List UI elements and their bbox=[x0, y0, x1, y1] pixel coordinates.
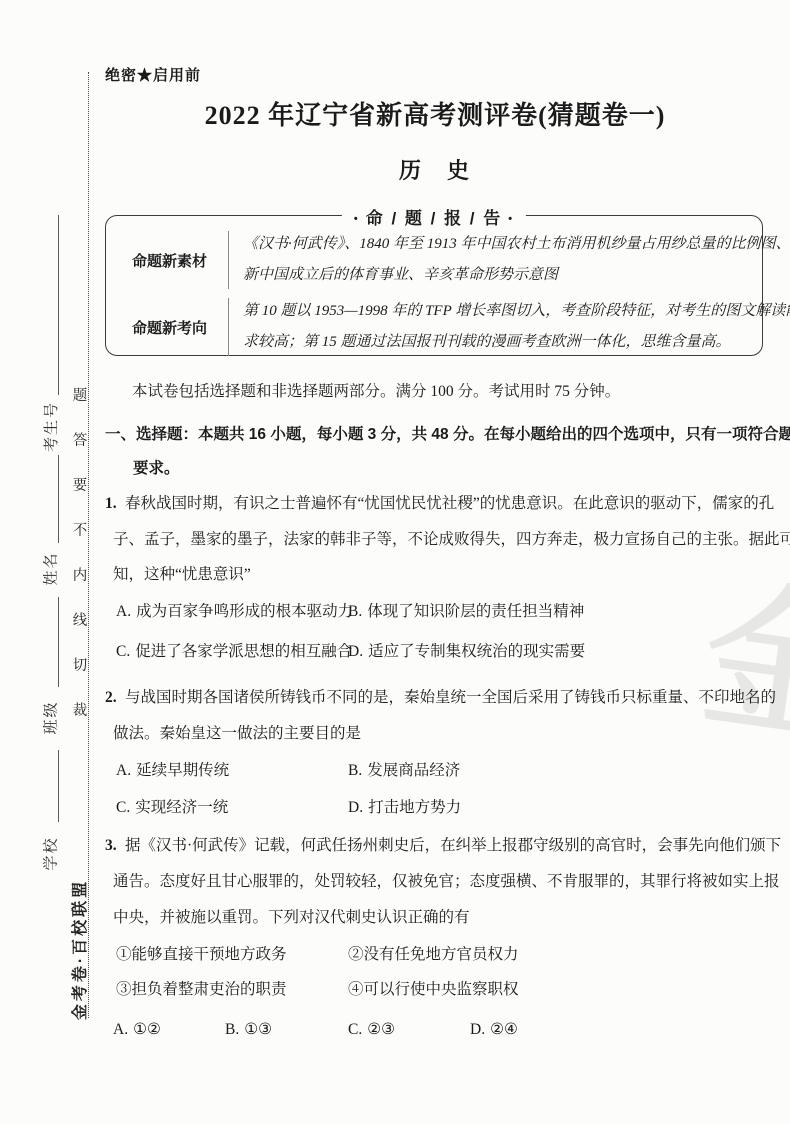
school-label: 学校 bbox=[40, 836, 61, 870]
candidate-number-blank-line bbox=[58, 215, 59, 395]
option-label: B. bbox=[348, 762, 362, 779]
class-label: 班级 bbox=[40, 700, 61, 734]
option-label: B. bbox=[348, 603, 362, 620]
report-content-line: 新中国成立后的体育事业、辛亥革命形势示意图 bbox=[243, 260, 790, 291]
answer-c: C.②③ bbox=[348, 1012, 395, 1047]
question-1-options: A.成为百家争鸣形成的根本驱动力 B.体现了知识阶层的责任担当精神 C.促进了各… bbox=[105, 592, 785, 672]
answer-a: A.①② bbox=[113, 1012, 161, 1047]
report-box-header: •命 / 题 / 报 / 告• bbox=[342, 204, 526, 229]
option-label: B. bbox=[225, 1021, 239, 1038]
cut-line-char: 题 bbox=[70, 374, 90, 419]
option-text: ②③ bbox=[367, 1021, 395, 1038]
question-stem-line: 子、孟子，墨家的墨子，法家的韩非子等，不论成败得失，四方奔走，极力宣扬自己的主张… bbox=[105, 522, 785, 558]
option-text: 体现了知识阶层的责任担当精神 bbox=[367, 603, 584, 620]
question-2-options: A.延续早期传统 B.发展商品经济 C.实现经济一统 D.打击地方势力 bbox=[105, 752, 785, 826]
option-text: ①③ bbox=[244, 1021, 272, 1038]
option-row: C.实现经济一统 D.打击地方势力 bbox=[105, 789, 785, 826]
question-stem-line: 3.据《汉书·何武传》记载，何武任扬州刺史后，在纠举上报郡守级别的高官时，会事先… bbox=[105, 828, 785, 864]
option-label: D. bbox=[470, 1021, 485, 1038]
option-c: C.实现经济一统 bbox=[105, 799, 228, 816]
option-text: 实现经济一统 bbox=[135, 799, 228, 816]
report-row-label: 命题新素材 bbox=[132, 250, 224, 271]
question-stem-text: 与战国时期各国诸侯所铸钱币不同的是，秦始皇统一全国后采用了铸钱币只标重量、不印地… bbox=[125, 689, 776, 706]
secrecy-label: 绝密★启用前 bbox=[105, 64, 201, 85]
question-stem-line: 做法。秦始皇这一做法的主要目的是 bbox=[105, 716, 785, 752]
report-content-line: 第 10 题以 1953—1998 年的 TFP 增长率图切入，考查阶段特征，对… bbox=[243, 296, 790, 327]
option-text: 打击地方势力 bbox=[368, 799, 461, 816]
question-1-stem: 1.春秋战国时期，有识之士普遍怀有“忧国忧民忧社稷”的忧患意识。在此意识的驱动下… bbox=[105, 486, 785, 593]
item-1: ①能够直接干预地方政务 bbox=[105, 946, 287, 963]
report-content-line: 《汉书·何武传》、1840 年至 1913 年中国农村土布消用机纱量占用纱总量的… bbox=[243, 229, 790, 260]
option-label: A. bbox=[116, 603, 131, 620]
question-stem-line: 1.春秋战国时期，有识之士普遍怀有“忧国忧民忧社稷”的忧患意识。在此意识的驱动下… bbox=[105, 486, 785, 522]
option-b: B.发展商品经济 bbox=[348, 752, 460, 789]
question-3-answer-options: A.①② B.①③ C.②③ D.②④ bbox=[105, 1012, 785, 1047]
question-3-stem: 3.据《汉书·何武传》记载，何武任扬州刺史后，在纠举上报郡守级别的高官时，会事先… bbox=[105, 828, 785, 936]
report-row-divider bbox=[228, 231, 229, 289]
report-content-line: 求较高；第 15 题通过法国报刊刊载的漫画考查欧洲一体化，思维含量高。 bbox=[243, 327, 790, 358]
brand-label: 金考卷·百校联盟 bbox=[67, 879, 90, 1020]
report-row-divider bbox=[228, 298, 229, 356]
cut-line-char: 要 bbox=[70, 464, 90, 509]
option-row: C.促进了各家学派思想的相互融合 D.适应了专制集权统治的现实需要 bbox=[105, 632, 785, 672]
option-label: C. bbox=[116, 643, 130, 660]
option-label: D. bbox=[348, 799, 363, 816]
school-blank-line bbox=[58, 750, 59, 822]
class-blank-line bbox=[58, 597, 59, 687]
report-row-content: 第 10 题以 1953—1998 年的 TFP 增长率图切入，考查阶段特征，对… bbox=[243, 296, 790, 358]
option-text: 促进了各家学派思想的相互融合 bbox=[135, 643, 352, 660]
cut-line-warning-text: 题 答 要 不 内 线 切 裁 bbox=[70, 374, 90, 734]
report-row-materials: 命题新素材 《汉书·何武传》、1840 年至 1913 年中国农村土布消用机纱量… bbox=[132, 229, 752, 291]
section-one-header: 一、选择题：本题共 16 小题，每小题 3 分，共 48 分。在每小题给出的四个… bbox=[105, 418, 785, 486]
option-row: A.成为百家争鸣形成的根本驱动力 B.体现了知识阶层的责任担当精神 bbox=[105, 592, 785, 632]
question-3-numbered-items: ①能够直接干预地方政务 ②没有任免地方官员权力 ③担负着整肃吏治的职责 ④可以行… bbox=[105, 937, 785, 1007]
question-stem-line: 2.与战国时期各国诸侯所铸钱币不同的是，秦始皇统一全国后采用了铸钱币只标重量、不… bbox=[105, 680, 785, 716]
question-stem-text: 据《汉书·何武传》记载，何武任扬州刺史后，在纠举上报郡守级别的高官时，会事先向他… bbox=[125, 837, 781, 854]
option-d: D.适应了专制集权统治的现实需要 bbox=[348, 632, 585, 672]
report-header-text: 命 / 题 / 报 / 告 bbox=[366, 209, 503, 228]
item-row: ①能够直接干预地方政务 ②没有任免地方官员权力 bbox=[105, 937, 785, 972]
option-row: A.延续早期传统 B.发展商品经济 bbox=[105, 752, 785, 789]
candidate-number-label: 考生号 bbox=[40, 401, 61, 452]
cut-line-char: 答 bbox=[70, 419, 90, 464]
section-header-line: 一、选择题：本题共 16 小题，每小题 3 分，共 48 分。在每小题给出的四个… bbox=[105, 418, 785, 452]
option-a: A.延续早期传统 bbox=[105, 762, 229, 779]
question-number: 2. bbox=[105, 680, 125, 716]
question-number: 1. bbox=[105, 486, 125, 522]
cut-line-char: 切 bbox=[70, 644, 90, 689]
section-header-line: 要求。 bbox=[105, 452, 785, 486]
answer-d: D.②④ bbox=[470, 1012, 518, 1047]
report-row-content: 《汉书·何武传》、1840 年至 1913 年中国农村土布消用机纱量占用纱总量的… bbox=[243, 229, 790, 291]
report-row-directions: 命题新考向 第 10 题以 1953—1998 年的 TFP 增长率图切入，考查… bbox=[132, 296, 752, 358]
subject-title: 历 史 bbox=[105, 154, 765, 185]
question-stem-line: 知，这种“忧患意识” bbox=[105, 557, 785, 593]
option-d: D.打击地方势力 bbox=[348, 789, 461, 826]
question-number: 3. bbox=[105, 828, 125, 864]
option-text: ②④ bbox=[490, 1021, 518, 1038]
cut-line-char: 线 bbox=[70, 599, 90, 644]
question-stem-line: 中央，并被施以重罚。下列对汉代刺史认识正确的有 bbox=[105, 900, 785, 936]
exam-page: { "page": { "secrecy_label": "绝密★启用前", "… bbox=[0, 0, 790, 1124]
option-text: 发展商品经济 bbox=[367, 762, 460, 779]
item-3: ③担负着整肃吏治的职责 bbox=[105, 981, 287, 998]
name-label: 姓名 bbox=[40, 551, 61, 585]
proposition-report-box: •命 / 题 / 报 / 告• 命题新素材 《汉书·何武传》、1840 年至 1… bbox=[105, 215, 763, 356]
report-row-label: 命题新考向 bbox=[132, 317, 224, 338]
option-a: A.成为百家争鸣形成的根本驱动力 bbox=[105, 603, 353, 620]
option-label: C. bbox=[116, 799, 130, 816]
option-label: A. bbox=[116, 762, 131, 779]
exam-instructions: 本试卷包括选择题和非选择题两部分。满分 100 分。考试用时 75 分钟。 bbox=[105, 379, 790, 401]
cut-line-char: 内 bbox=[70, 554, 90, 599]
cut-line-char: 不 bbox=[70, 509, 90, 554]
option-label: C. bbox=[348, 1021, 362, 1038]
option-label: A. bbox=[113, 1021, 128, 1038]
item-2: ②没有任免地方官员权力 bbox=[348, 937, 519, 972]
option-text: 适应了专制集权统治的现实需要 bbox=[368, 643, 585, 660]
option-text: ①② bbox=[133, 1021, 161, 1038]
header-right-dot: • bbox=[502, 213, 520, 225]
item-4: ④可以行使中央监察职权 bbox=[348, 972, 519, 1007]
question-stem-line: 通告。态度好且甘心服罪的，处罚较轻，仅被免官；态度强横、不肯服罪的，其罪行将被如… bbox=[105, 864, 785, 900]
option-label: D. bbox=[348, 643, 363, 660]
option-text: 成为百家争鸣形成的根本驱动力 bbox=[136, 603, 353, 620]
page-title: 2022 年辽宁省新高考测评卷(猜题卷一) bbox=[105, 95, 765, 132]
name-blank-line bbox=[58, 455, 59, 543]
question-stem-text: 春秋战国时期，有识之士普遍怀有“忧国忧民忧社稷”的忧患意识。在此意识的驱动下，儒… bbox=[125, 495, 774, 512]
option-b: B.体现了知识阶层的责任担当精神 bbox=[348, 592, 584, 632]
question-2-stem: 2.与战国时期各国诸侯所铸钱币不同的是，秦始皇统一全国后采用了铸钱币只标重量、不… bbox=[105, 680, 785, 751]
option-text: 延续早期传统 bbox=[136, 762, 229, 779]
header-left-dot: • bbox=[348, 213, 366, 225]
option-c: C.促进了各家学派思想的相互融合 bbox=[105, 643, 352, 660]
answer-b: B.①③ bbox=[225, 1012, 272, 1047]
cut-line-char: 裁 bbox=[70, 689, 90, 734]
item-row: ③担负着整肃吏治的职责 ④可以行使中央监察职权 bbox=[105, 972, 785, 1007]
